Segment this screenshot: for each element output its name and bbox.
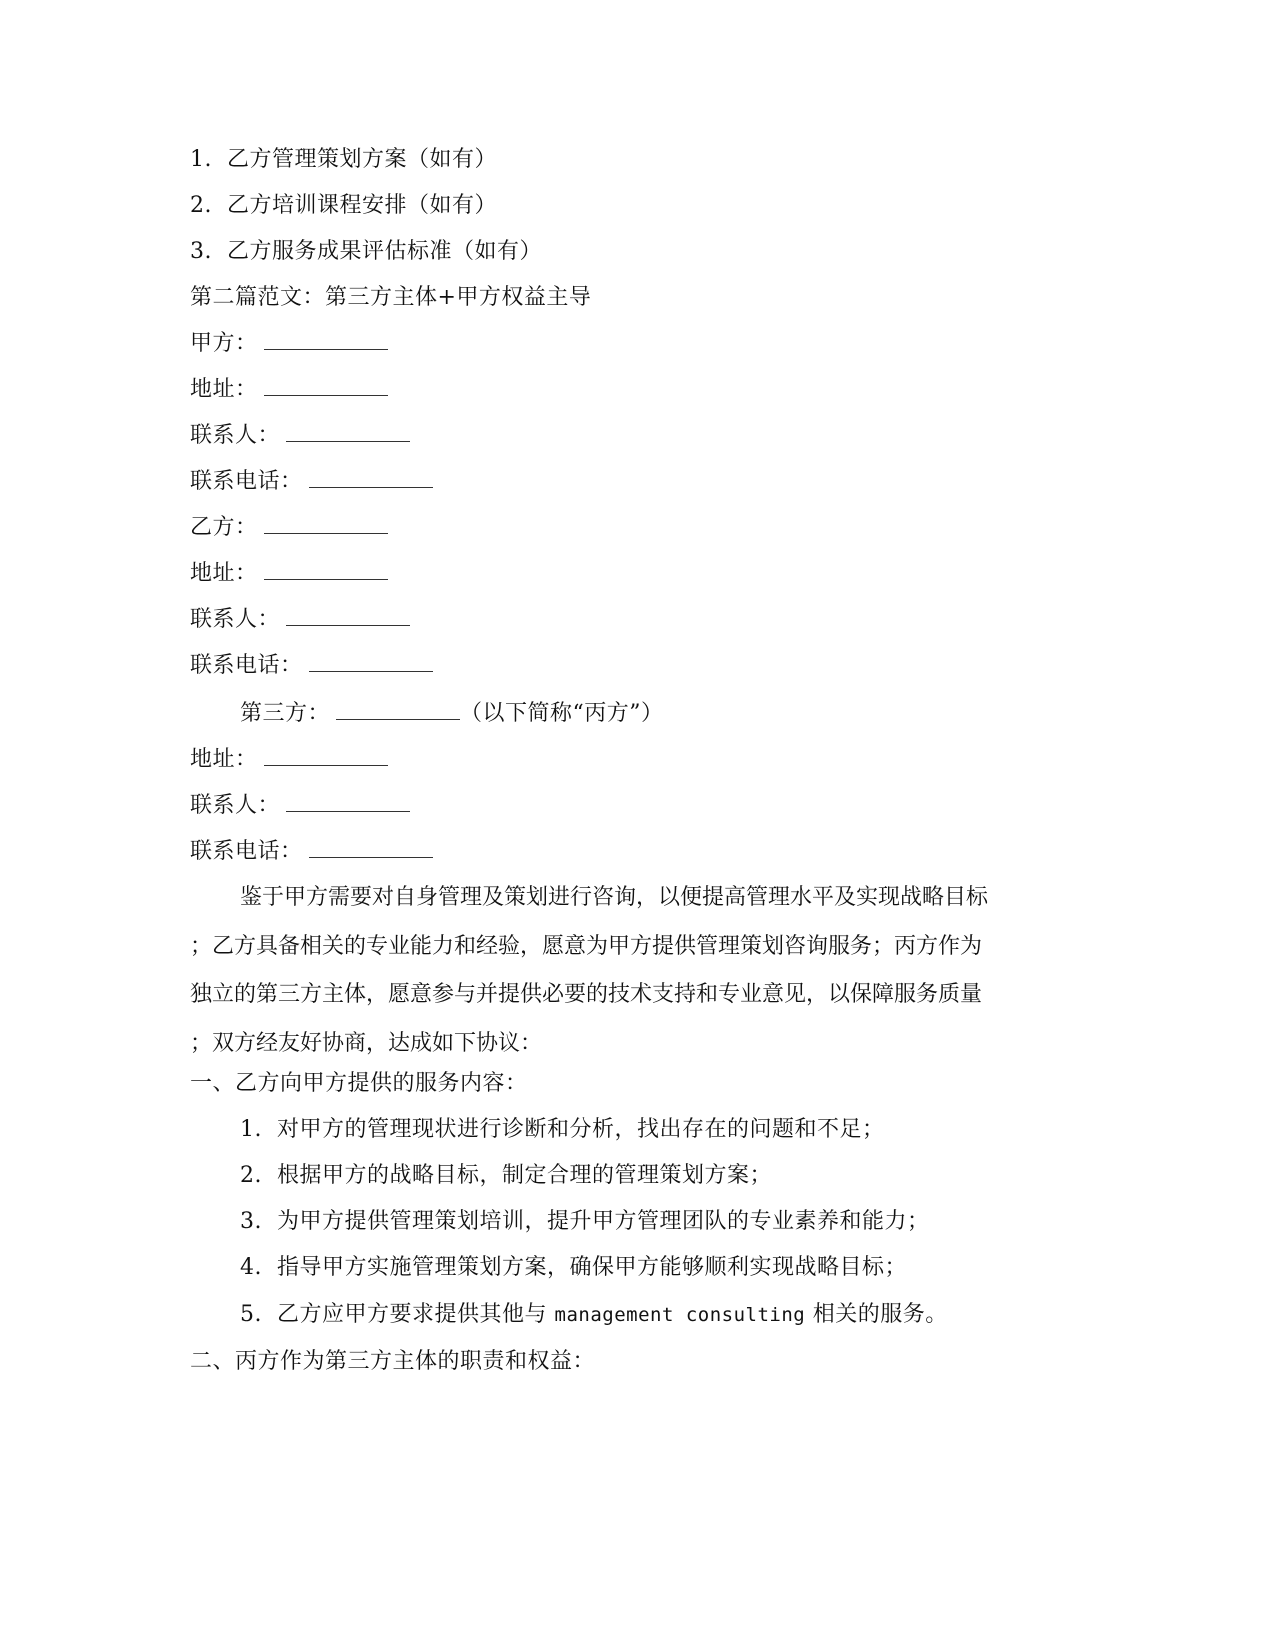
service-item: 4. 指导甲方实施管理策划方案，确保甲方能够顺利实现战略目标；	[240, 1253, 907, 1283]
field-label: 乙方：	[190, 515, 258, 540]
party-c-phone-blank[interactable]	[309, 837, 433, 858]
item-text: 乙方服务成果评估标准（如有）	[227, 239, 542, 264]
service-item: 5. 乙方应甲方要求提供其他与 management consulting 相关…	[240, 1300, 948, 1330]
item-text: 相关的服务。	[813, 1302, 948, 1327]
field-label: 联系电话：	[190, 653, 303, 678]
party-a-address-blank[interactable]	[264, 375, 388, 396]
party-c-address-blank[interactable]	[264, 745, 388, 766]
item-number: 3.	[240, 1209, 262, 1234]
party-b-phone-row: 联系电话：	[190, 651, 433, 681]
field-label: 联系电话：	[190, 839, 303, 864]
party-b-name-blank[interactable]	[264, 513, 388, 534]
party-b-address-blank[interactable]	[264, 559, 388, 580]
service-item: 3. 为甲方提供管理策划培训，提升甲方管理团队的专业素养和能力；	[240, 1207, 930, 1237]
party-b-contact-row: 联系人：	[190, 605, 410, 635]
item-text: 乙方管理策划方案（如有）	[227, 147, 497, 172]
item-number: 1.	[240, 1117, 262, 1142]
party-a-name-row: 甲方：	[190, 329, 388, 359]
field-label: 地址：	[190, 377, 258, 402]
party-b-name-row: 乙方：	[190, 513, 388, 543]
field-label: 联系人：	[190, 607, 280, 632]
party-c-address-row: 地址：	[190, 745, 388, 775]
party-c-name-blank[interactable]	[336, 699, 460, 720]
field-label: 地址：	[190, 561, 258, 586]
preamble-line: ；乙方具备相关的专业能力和经验，愿意为甲方提供管理策划咨询服务；丙方作为	[190, 923, 1090, 972]
party-c-alias: （以下简称“丙方”）	[460, 701, 664, 726]
preamble-line: 独立的第三方主体，愿意参与并提供必要的技术支持和专业意见，以保障服务质量	[190, 971, 1090, 1020]
item-number: 2.	[190, 193, 212, 218]
service-item: 1. 对甲方的管理现状进行诊断和分析，找出存在的问题和不足；	[240, 1115, 885, 1145]
item-text: 根据甲方的战略目标，制定合理的管理策划方案；	[277, 1163, 772, 1188]
item-number: 2.	[240, 1163, 262, 1188]
party-a-phone-blank[interactable]	[309, 467, 433, 488]
party-a-address-row: 地址：	[190, 375, 388, 405]
preamble-line: ；双方经友好协商，达成如下协议：	[190, 1020, 1090, 1069]
attachment-item: 1. 乙方管理策划方案（如有）	[190, 145, 497, 175]
party-c-contact-row: 联系人：	[190, 791, 410, 821]
party-a-contact-row: 联系人：	[190, 421, 410, 451]
field-label: 第三方：	[240, 701, 330, 726]
attachment-item: 3. 乙方服务成果评估标准（如有）	[190, 237, 542, 267]
item-text: 乙方应甲方要求提供其他与	[277, 1302, 547, 1327]
item-number: 1.	[190, 147, 212, 172]
item-number: 4.	[240, 1255, 262, 1280]
clause-1-title: 一、乙方向甲方提供的服务内容：	[190, 1069, 528, 1099]
service-item: 2. 根据甲方的战略目标，制定合理的管理策划方案；	[240, 1161, 772, 1191]
item-number: 3.	[190, 239, 212, 264]
party-c-name-row: 第三方：（以下简称“丙方”）	[240, 699, 664, 729]
field-label: 联系电话：	[190, 469, 303, 494]
party-c-contact-blank[interactable]	[286, 791, 410, 812]
section-title: 第二篇范文：第三方主体+甲方权益主导	[190, 283, 591, 313]
field-label: 甲方：	[190, 331, 258, 356]
party-a-name-blank[interactable]	[264, 329, 388, 350]
item-text: 指导甲方实施管理策划方案，确保甲方能够顺利实现战略目标；	[277, 1255, 907, 1280]
party-c-phone-row: 联系电话：	[190, 837, 433, 867]
preamble-line: 鉴于甲方需要对自身管理及策划进行咨询，以便提高管理水平及实现战略目标	[190, 874, 1090, 923]
preamble-paragraph: 鉴于甲方需要对自身管理及策划进行咨询，以便提高管理水平及实现战略目标 ；乙方具备…	[190, 874, 1090, 1068]
party-a-phone-row: 联系电话：	[190, 467, 433, 497]
document-page: 1. 乙方管理策划方案（如有） 2. 乙方培训课程安排（如有） 3. 乙方服务成…	[0, 0, 1275, 1650]
item-number: 5.	[240, 1302, 262, 1327]
item-text: 为甲方提供管理策划培训，提升甲方管理团队的专业素养和能力；	[277, 1209, 930, 1234]
field-label: 地址：	[190, 747, 258, 772]
party-b-phone-blank[interactable]	[309, 651, 433, 672]
attachment-item: 2. 乙方培训课程安排（如有）	[190, 191, 497, 221]
party-b-address-row: 地址：	[190, 559, 388, 589]
clause-2-title: 二、丙方作为第三方主体的职责和权益：	[190, 1347, 595, 1377]
item-text: 乙方培训课程安排（如有）	[227, 193, 497, 218]
field-label: 联系人：	[190, 423, 280, 448]
party-a-contact-blank[interactable]	[286, 421, 410, 442]
party-b-contact-blank[interactable]	[286, 605, 410, 626]
item-text: 对甲方的管理现状进行诊断和分析，找出存在的问题和不足；	[277, 1117, 885, 1142]
item-text-latin: management consulting	[555, 1304, 806, 1326]
field-label: 联系人：	[190, 793, 280, 818]
